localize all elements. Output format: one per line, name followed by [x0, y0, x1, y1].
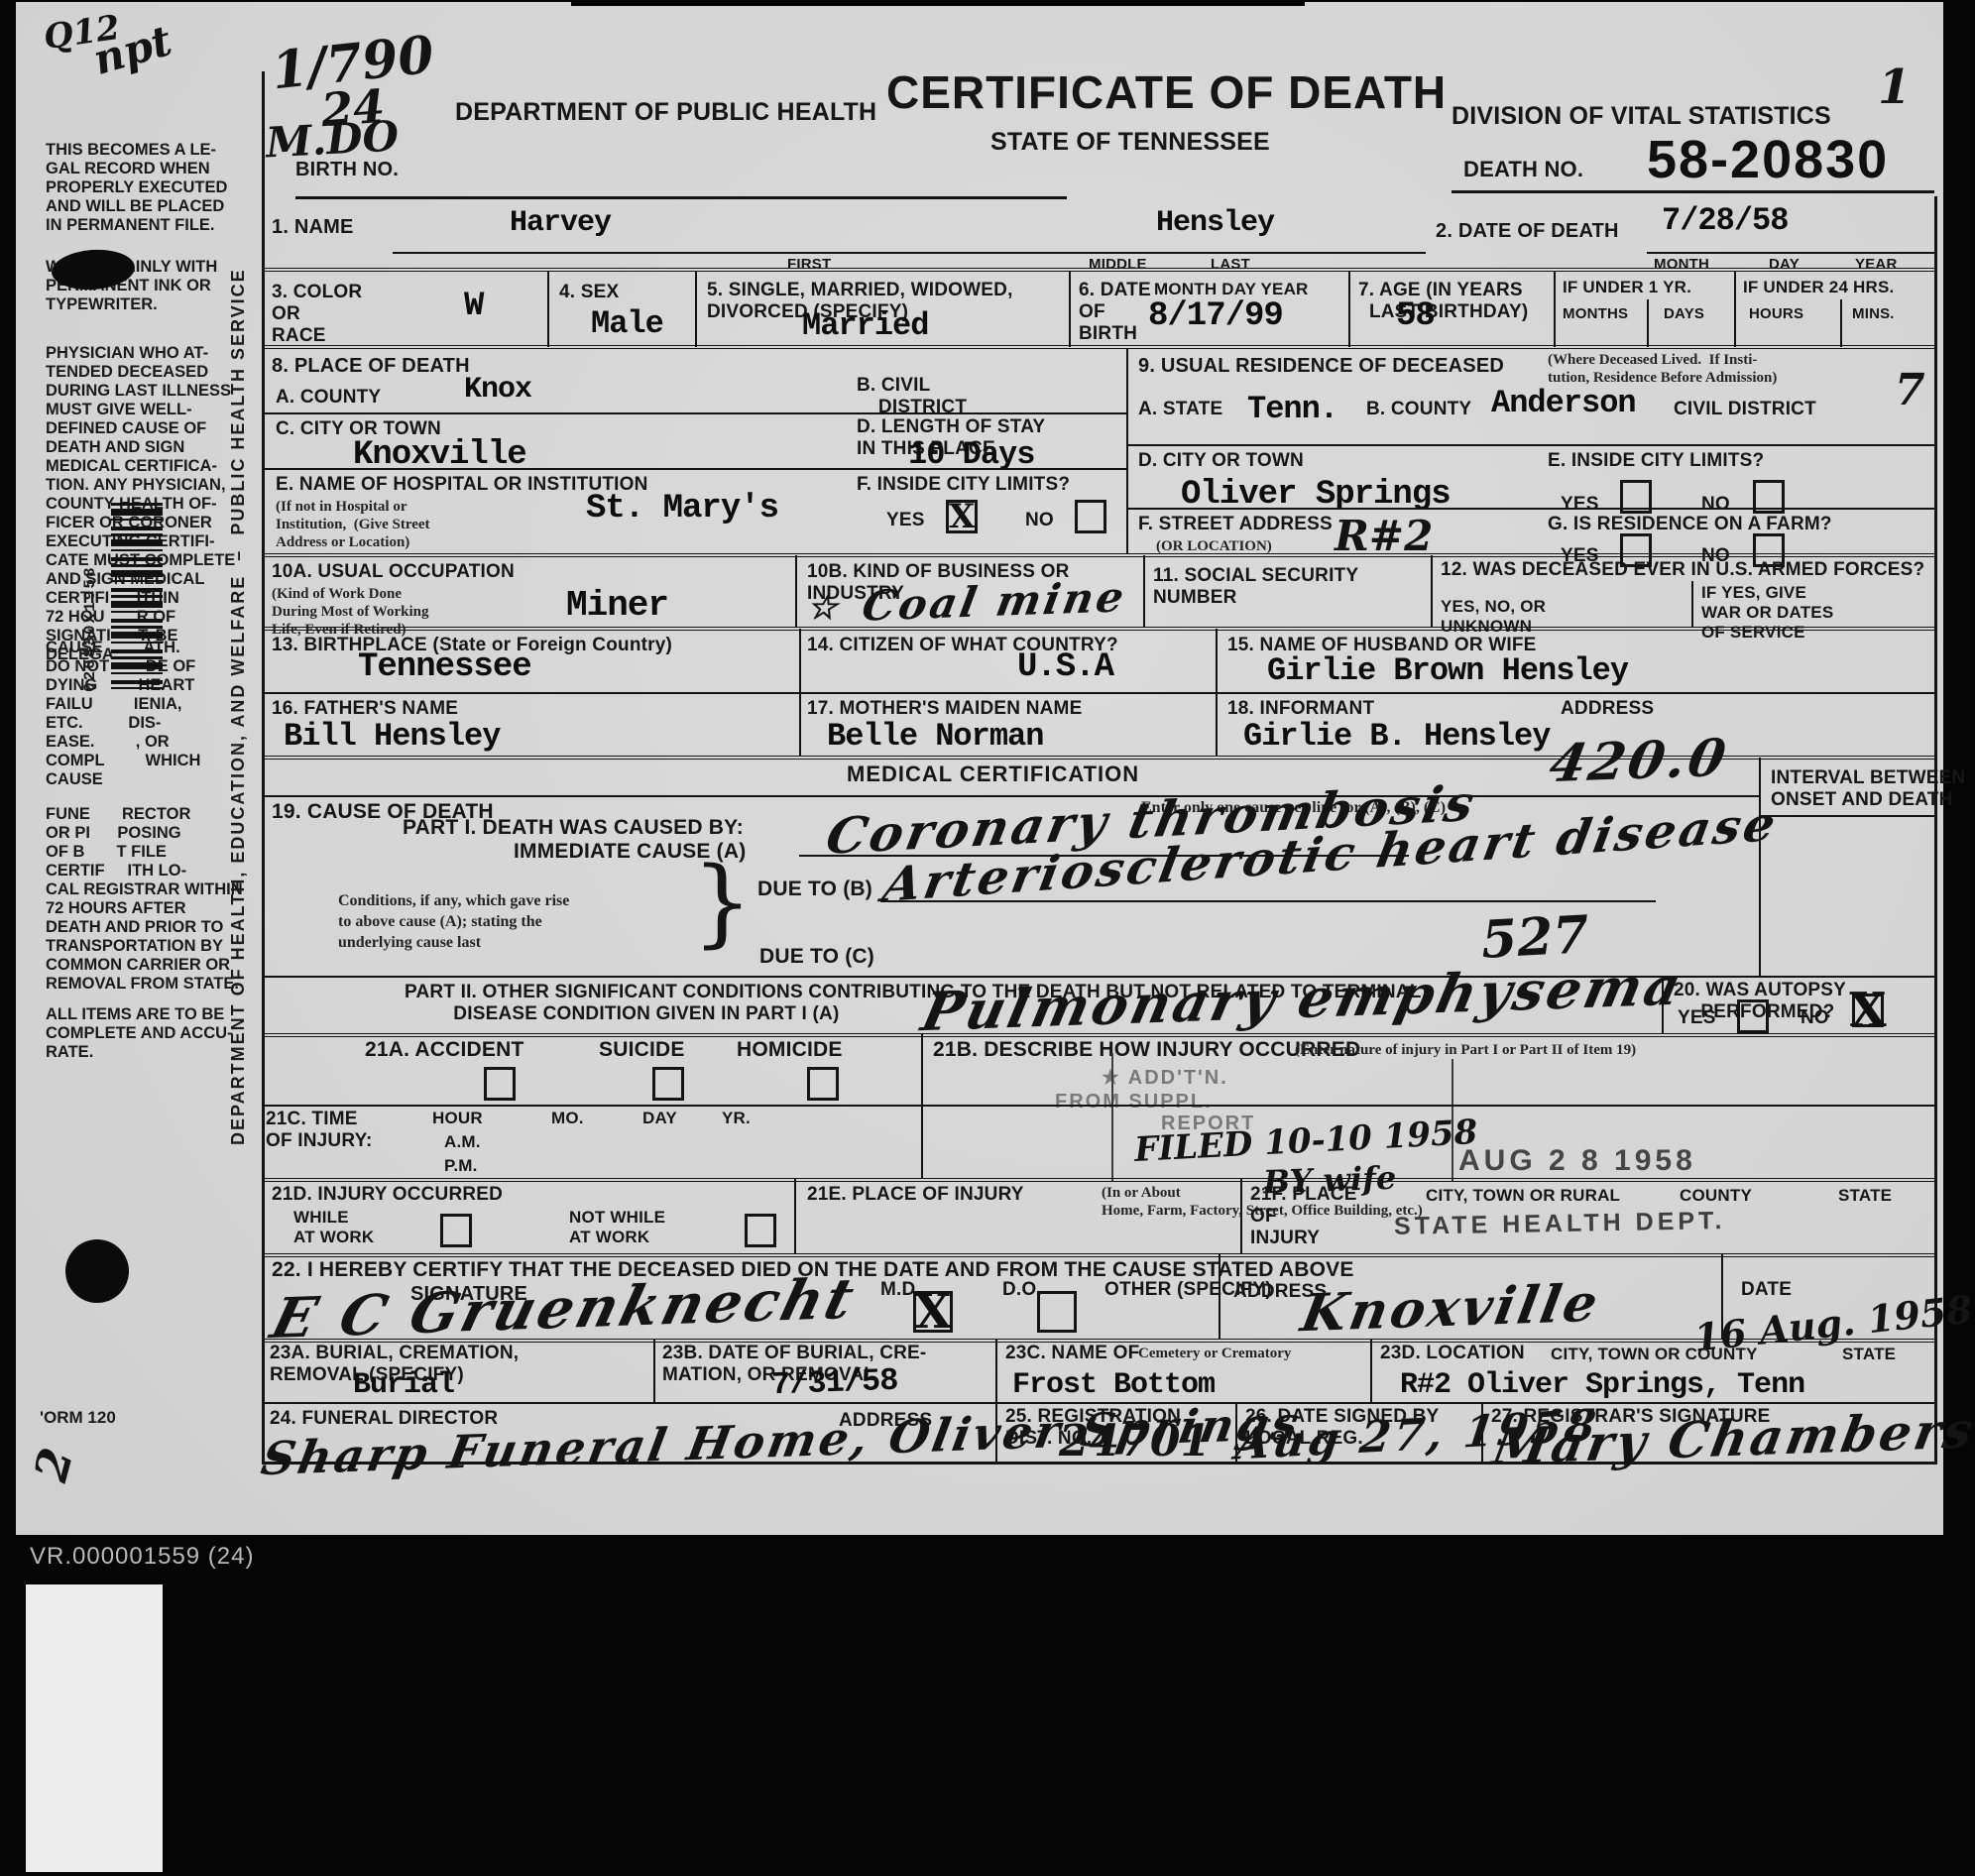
- cemetery-label: 23C. NAME OF: [1005, 1343, 1139, 1364]
- registration-dist-value: 24701: [1059, 1420, 1211, 1464]
- pod-city-limits-label: F. INSIDE CITY LIMITS?: [857, 474, 1070, 496]
- barcode: [111, 503, 163, 689]
- state-of-tennessee: STATE OF TENNESSEE: [990, 131, 1270, 153]
- conditions-note: Conditions, if any, which gave rise to a…: [338, 890, 569, 953]
- burial-location-state-cap: STATE: [1842, 1345, 1896, 1364]
- sex-value: Male: [591, 305, 663, 342]
- part2-value: Pulmonary emphysema: [917, 959, 1688, 1038]
- autopsy-no-checkbox: X: [1852, 994, 1884, 1027]
- scanned-page: Q12 npt 1/790 24 M.DO 1 DEPARTMENT OF PU…: [0, 0, 1975, 1876]
- checkbox-x-mark: X: [1849, 987, 1886, 1034]
- death-no-value: 58-20830: [1647, 129, 1889, 190]
- race-label: 3. COLOR OR RACE: [272, 282, 362, 347]
- armed-forces-sub2: IF YES, GIVE WAR OR DATES OF SERVICE: [1701, 583, 1833, 643]
- burial-location-caps: CITY, TOWN OR COUNTY: [1551, 1345, 1758, 1364]
- autopsy-no-label: NO: [1801, 1007, 1829, 1029]
- margin-funeral-director-note: FUNE RECTOR OR PI POSING OF B T FILE CER…: [46, 805, 243, 994]
- medical-certification-header: MEDICAL CERTIFICATION: [847, 763, 1139, 785]
- pod-county-label: A. COUNTY: [276, 387, 381, 409]
- place-of-death-header: 8. PLACE OF DEATH: [272, 355, 470, 377]
- ssn-label: 11. SOCIAL SECURITY NUMBER: [1153, 565, 1358, 609]
- res-state-label: A. STATE: [1138, 399, 1222, 420]
- barcode-text: 020830X1958: [81, 506, 99, 692]
- page-number-annotation: 1: [1878, 63, 1911, 111]
- city-town-rural-caption: CITY, TOWN OR RURAL: [1426, 1186, 1620, 1206]
- certifier-signature: E C Gruenknecht: [266, 1271, 862, 1347]
- residence-header: 9. USUAL RESIDENCE OF DECEASED: [1138, 355, 1504, 377]
- residence-header-note: (Where Deceased Lived. If Insti- tution,…: [1548, 351, 1777, 387]
- form-number: 'ORM 120: [40, 1408, 116, 1427]
- cemetery-note: Cemetery or Crematory: [1138, 1345, 1291, 1362]
- am-caption: A.M.: [444, 1132, 481, 1152]
- citizen-value: U.S.A: [1017, 648, 1113, 686]
- while-at-work-checkbox: [440, 1214, 472, 1247]
- homicide-checkbox: [807, 1067, 839, 1101]
- brace-glyph: }: [692, 847, 753, 958]
- while-at-work-label: WHILE AT WORK: [293, 1208, 374, 1247]
- handwritten-code: M.DO: [265, 116, 400, 165]
- res-county-value: Anderson: [1491, 385, 1636, 421]
- md-checkbox: X: [913, 1291, 953, 1333]
- informant-label: 18. INFORMANT: [1227, 698, 1374, 720]
- autopsy-yes-label: YES: [1678, 1007, 1716, 1029]
- place-of-injury-f-label: 21F. PLACE OF INJURY: [1250, 1184, 1357, 1249]
- homicide-label: HOMICIDE: [737, 1039, 843, 1061]
- date-of-death-value: 7/28/58: [1662, 202, 1788, 239]
- occupation-value: Miner: [566, 585, 668, 626]
- describe-injury-note: (Enter nature of injury in Part I or Par…: [1295, 1041, 1636, 1059]
- res-city-label: D. CITY OR TOWN: [1138, 450, 1304, 472]
- date-of-death-label: 2. DATE OF DEATH: [1436, 220, 1619, 242]
- cemetery-value: Frost Bottom: [1012, 1368, 1215, 1402]
- sex-label: 4. SEX: [559, 282, 619, 303]
- received-date-stamp: AUG 2 8 1958: [1458, 1144, 1696, 1178]
- res-street-value: R#2: [1335, 516, 1433, 557]
- pod-county-value: Knox: [464, 373, 531, 407]
- checkbox-x-mark: X: [914, 1288, 951, 1336]
- armed-forces-sub1: YES, NO, OR UNKNOWN: [1441, 597, 1546, 637]
- not-while-at-work-label: NOT WHILE AT WORK: [569, 1208, 665, 1247]
- accident-checkbox: [484, 1067, 516, 1101]
- margin-legal-record-note: THIS BECOMES A LE- GAL RECORD WHEN PROPE…: [46, 141, 227, 235]
- archive-reference-id: VR.000001559 (24): [30, 1543, 254, 1571]
- mother-value: Belle Norman: [827, 718, 1043, 755]
- day-caption-21c: DAY: [642, 1109, 677, 1128]
- hour-caption: HOUR: [432, 1109, 483, 1128]
- res-limits-label: E. INSIDE CITY LIMITS?: [1548, 450, 1764, 472]
- due-to-c-label: DUE TO (C): [759, 946, 874, 968]
- dob-value: 8/17/99: [1148, 297, 1283, 335]
- name-first-value: Harvey: [510, 206, 611, 240]
- death-no-label: DEATH NO.: [1463, 159, 1583, 180]
- informant-address-label: ADDRESS: [1561, 698, 1654, 720]
- injury-occurred-label: 21D. INJURY OCCURRED: [272, 1184, 503, 1206]
- pod-hospital-note: (If not in Hospital or Institution, (Giv…: [276, 498, 430, 551]
- certificate-paper: Q12 npt 1/790 24 M.DO 1 DEPARTMENT OF PU…: [16, 2, 1943, 1535]
- pod-limits-no-label: NO: [1025, 510, 1054, 531]
- pod-limits-yes-label: YES: [886, 510, 925, 531]
- birth-no-label: BIRTH NO.: [295, 159, 399, 180]
- burial-type-value: Burial: [353, 1368, 454, 1402]
- certificate-title: CERTIFICATE OF DEATH: [886, 81, 1447, 103]
- spouse-value: Girlie Brown Hensley: [1267, 652, 1628, 689]
- marital-value: Married: [802, 307, 928, 344]
- do-checkbox: [1037, 1291, 1077, 1333]
- scan-artifact-strip: [26, 1584, 163, 1872]
- do-label: D.O.: [1002, 1279, 1042, 1301]
- burial-location-label: 23D. LOCATION: [1380, 1343, 1525, 1364]
- name-last-value: Hensley: [1156, 206, 1274, 240]
- suicide-label: SUICIDE: [599, 1039, 685, 1061]
- scan-edge-artifact: [571, 2, 1305, 6]
- age-label: 7. AGE (IN YEARS LAST BIRTHDAY): [1358, 280, 1528, 323]
- res-limits-yes-label: YES: [1561, 494, 1599, 516]
- county-caption: COUNTY: [1680, 1186, 1752, 1206]
- industry-value: Coal mine: [859, 576, 1129, 627]
- certifier-date-label: DATE: [1741, 1279, 1792, 1301]
- res-civil-district-value: 7: [1895, 369, 1925, 412]
- res-street-label: F. STREET ADDRESS: [1138, 514, 1333, 535]
- state-caption: STATE: [1838, 1186, 1892, 1206]
- addition-stamp-line2: FROM SUPPL.: [1055, 1091, 1213, 1114]
- mother-label: 17. MOTHER'S MAIDEN NAME: [807, 698, 1082, 720]
- suicide-checkbox: [652, 1067, 684, 1101]
- part1-label: PART I. DEATH WAS CAUSED BY:: [403, 817, 744, 839]
- dept-of-public-health: DEPARTMENT OF PUBLIC HEALTH: [455, 101, 876, 123]
- name-label: 1. NAME: [272, 216, 354, 238]
- pm-caption: P.M.: [444, 1156, 478, 1176]
- father-value: Bill Hensley: [284, 718, 500, 755]
- burial-date-value: 7/31/58: [770, 1362, 898, 1403]
- months-caption: MONTHS: [1563, 305, 1628, 323]
- margin-all-items-note: ALL ITEMS ARE TO BE COMPLETE AND ACCU- R…: [46, 1005, 233, 1062]
- res-civil-district-label: CIVIL DISTRICT: [1674, 399, 1816, 420]
- due-to-b-label: DUE TO (B): [757, 879, 872, 900]
- side-department-text: DEPARTMENT OF HEALTH, EDUCATION, AND WEL…: [228, 278, 249, 1145]
- if-under-1yr-label: IF UNDER 1 YR.: [1563, 278, 1691, 297]
- hours-caption: HOURS: [1749, 305, 1803, 323]
- days-caption: DAYS: [1664, 305, 1704, 323]
- res-county-label: B. COUNTY: [1366, 399, 1471, 420]
- icd-code-420: 420.0: [1546, 733, 1732, 790]
- time-of-injury-label: 21C. TIME OF INJURY:: [266, 1109, 373, 1152]
- state-health-dept-stamp: STATE HEALTH DEPT.: [1394, 1207, 1726, 1241]
- pod-hospital-value: St. Mary's: [586, 490, 778, 528]
- yr-caption: YR.: [722, 1109, 751, 1128]
- accident-label: 21A. ACCIDENT: [365, 1039, 524, 1061]
- checkbox-x-mark: X: [949, 500, 975, 533]
- race-value: W: [464, 288, 483, 325]
- mins-caption: MINS.: [1852, 305, 1895, 323]
- armed-forces-label: 12. WAS DECEASED EVER IN U.S. ARMED FORC…: [1441, 559, 1924, 581]
- if-under-24hrs-label: IF UNDER 24 HRS.: [1743, 278, 1894, 297]
- division-vital-statistics: DIVISION OF VITAL STATISTICS: [1452, 105, 1831, 127]
- mo-caption: MO.: [551, 1109, 584, 1128]
- age-value: 58: [1396, 297, 1435, 335]
- occupation-label: 10A. USUAL OCCUPATION: [272, 561, 515, 583]
- margin-scrawl: 2: [28, 1444, 80, 1486]
- informant-value: Girlie B. Hensley: [1243, 718, 1550, 755]
- autopsy-yes-checkbox: [1737, 999, 1769, 1033]
- certifier-address-value: Knoxville: [1297, 1278, 1604, 1340]
- addition-stamp-line1: ★ ADD'T'N.: [1102, 1065, 1228, 1090]
- father-label: 16. FATHER'S NAME: [272, 698, 458, 720]
- place-of-injury-label: 21E. PLACE OF INJURY: [807, 1184, 1024, 1206]
- res-limits-no-label: NO: [1701, 494, 1730, 516]
- res-state-value: Tenn.: [1247, 391, 1337, 427]
- industry-star-mark: ☆: [807, 591, 837, 625]
- pod-limits-no-checkbox: [1075, 500, 1106, 533]
- pod-limits-yes-checkbox: X: [946, 500, 978, 533]
- burial-location-value: R#2 Oliver Springs, Tenn: [1400, 1368, 1804, 1402]
- not-while-at-work-checkbox: [745, 1214, 776, 1247]
- res-farm-label: G. IS RESIDENCE ON A FARM?: [1548, 514, 1832, 535]
- hole-punch: [65, 1239, 129, 1303]
- birthplace-value: Tennessee: [358, 648, 531, 686]
- dob-captions: MONTH DAY YEAR: [1154, 280, 1309, 299]
- dob-label: 6. DATE OF BIRTH: [1079, 280, 1151, 345]
